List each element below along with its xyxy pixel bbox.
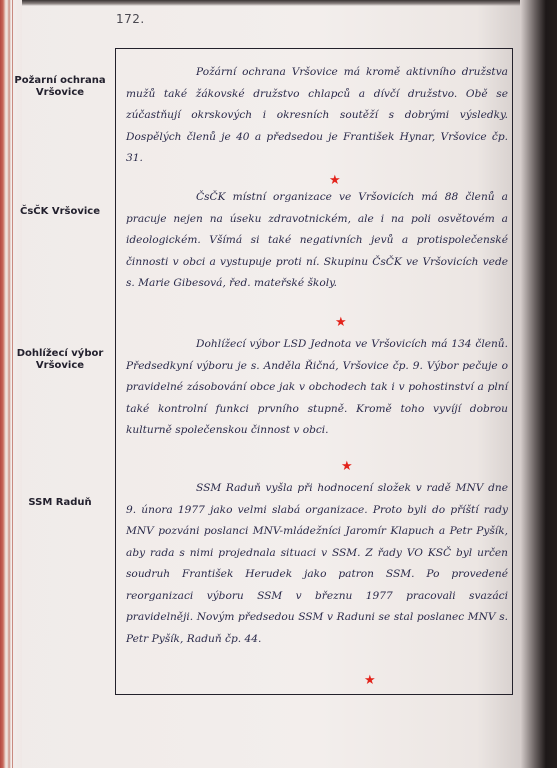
entry-csck: ČsČK místní organizace ve Vršovicích má … [126, 187, 508, 295]
entry-text: ČsČK místní organizace ve Vršovicích má … [126, 187, 508, 295]
red-star-icon: ★ [341, 460, 353, 473]
margin-label-pozarni-ochrana: Požarní ochrana Vršovice [14, 75, 106, 99]
red-star-icon: ★ [329, 174, 341, 187]
label-line: Požarní ochrana [14, 75, 105, 86]
entry-ssm-radun: SSM Raduň vyšla při hodnocení složek v r… [126, 478, 508, 650]
page-number: 172. [116, 12, 145, 26]
label-line: SSM Raduň [28, 497, 91, 508]
label-line: Vršovice [14, 87, 106, 99]
label-line: Dohlížecí výbor [17, 348, 104, 359]
red-star-icon: ★ [335, 316, 347, 329]
entry-pozarni-ochrana: Požární ochrana Vršovice má kromě aktivn… [126, 62, 508, 170]
margin-line [12, 0, 13, 768]
red-star-icon: ★ [364, 674, 376, 687]
label-line: Vršovice [14, 360, 106, 372]
margin-label-ssm-radun: SSM Raduň [14, 497, 106, 509]
entry-dohlizeci-vybor: Dohlížecí výbor LSD Jednota ve Vršovicíc… [126, 334, 508, 442]
margin-label-csck: ČsČK Vršovice [14, 206, 106, 218]
entry-text: Dohlížecí výbor LSD Jednota ve Vršovicíc… [126, 334, 508, 442]
top-shadow [0, 0, 557, 6]
entry-text: Požární ochrana Vršovice má kromě aktivn… [126, 62, 508, 170]
label-line: ČsČK Vršovice [20, 206, 100, 217]
margin-label-dohlizeci-vybor: Dohlížecí výbor Vršovice [14, 348, 106, 372]
book-spine-edge [520, 0, 557, 768]
page-binding [0, 0, 22, 768]
entry-text: SSM Raduň vyšla při hodnocení složek v r… [126, 478, 508, 650]
